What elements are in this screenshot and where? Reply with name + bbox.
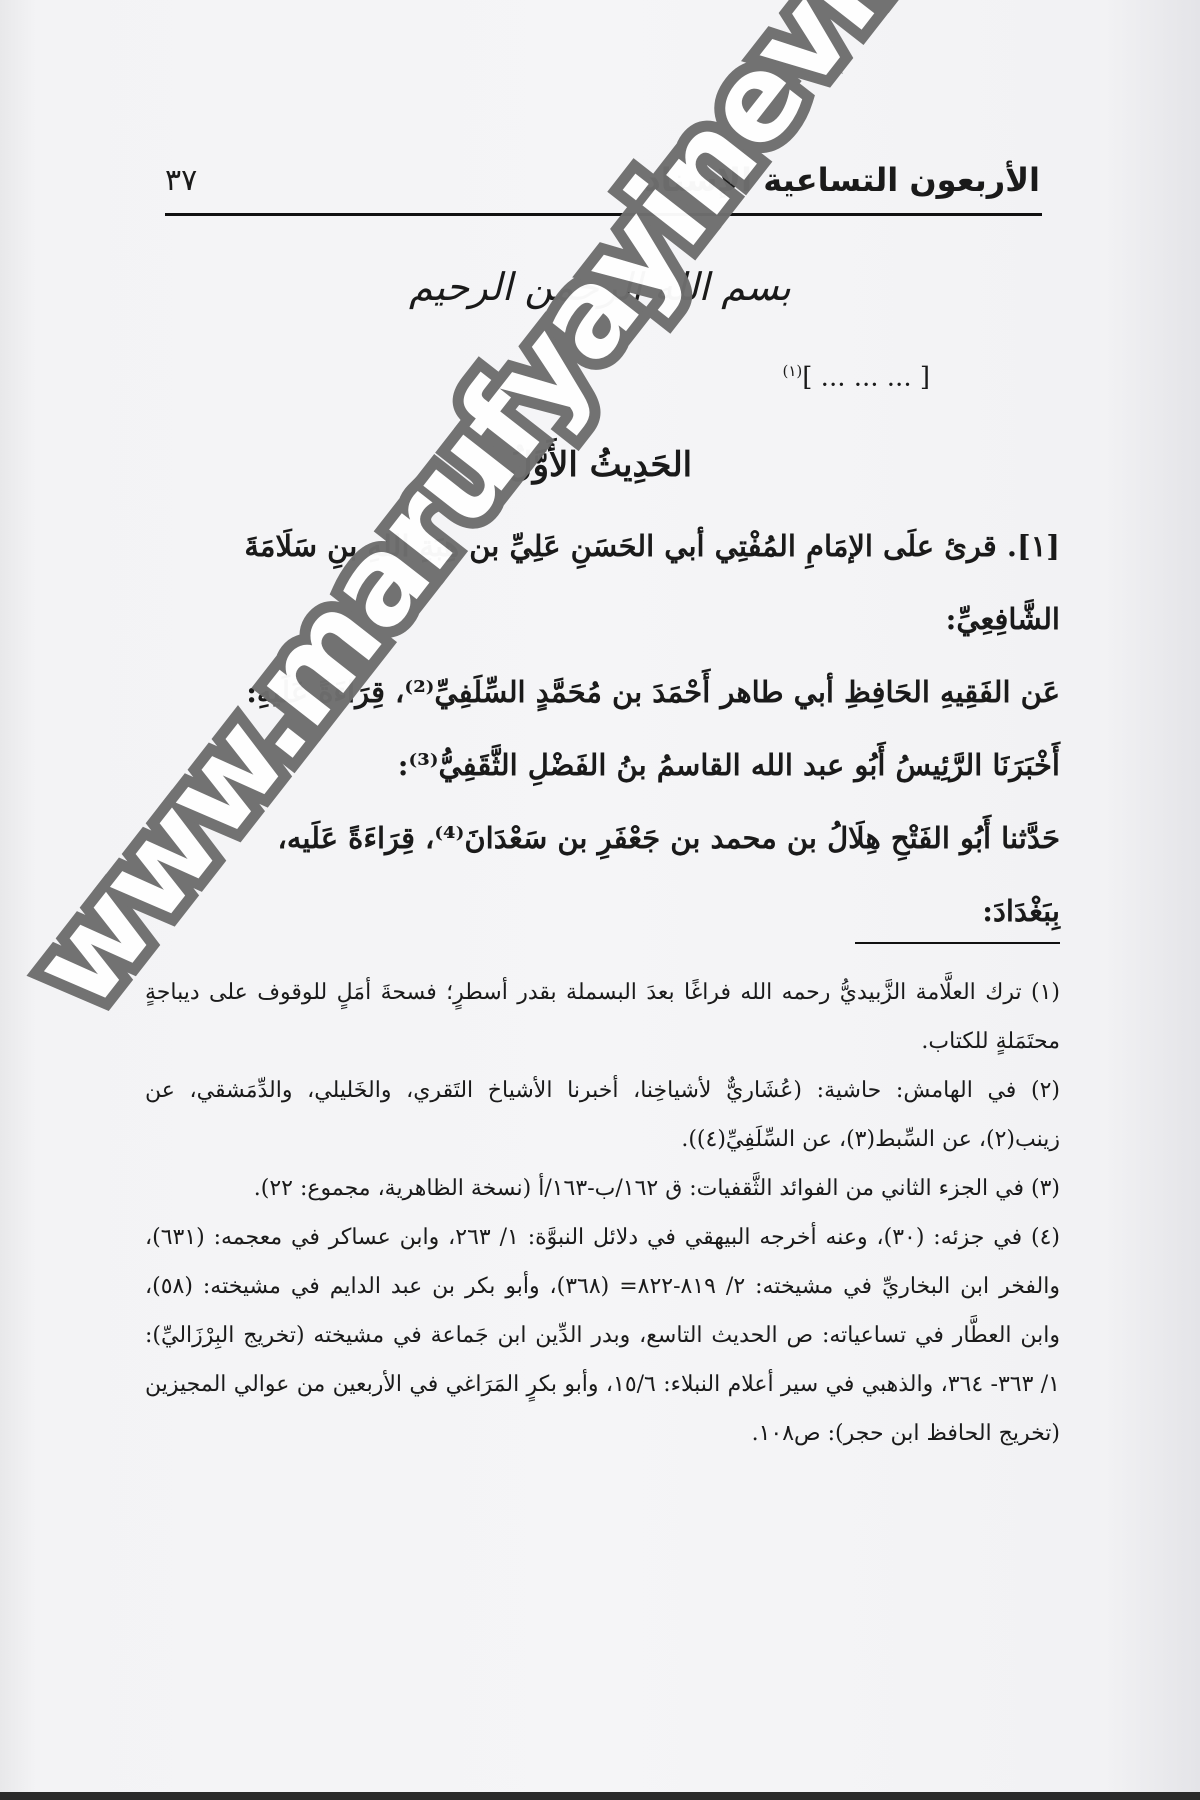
page-number: ٣٧ [165,163,197,198]
footnote-ref: (١) [782,362,802,380]
book-page: الأربعون التساعية الإسناد ٣٧ بسم الله ال… [0,0,1200,1800]
footnotes: (١) ترك العلَّامة الزَّبيديُّ رحمه الله … [145,968,1060,1458]
footnote-4: (٤) في جزئه: (٣٠)، وعنه أخرجه البيهقي في… [145,1213,1060,1458]
hadith-title: الحَدِيثُ الأَوَّلُ [0,445,1200,485]
gap-marker-text: [ ... ... ... ] [802,363,930,393]
footnote-2: (٢) في الهامش: حاشية: (عُشَاريٌّ لأشياخِ… [145,1066,1060,1164]
footnote-3: (٣) في الجزء الثاني من الفوائد الثَّقفيا… [145,1164,1060,1213]
page-bottom-edge [0,1792,1200,1800]
gap-marker: [ ... ... ... ](١) [782,362,930,393]
hadith-line: [١]. قرئ علَى الإمَامِ المُفْتِي أبي الح… [145,510,1060,583]
hadith-line: بِبَغْدَادَ: [145,875,1060,948]
footnote-1: (١) ترك العلَّامة الزَّبيديُّ رحمه الله … [145,968,1060,1066]
footnote-separator [855,942,1060,944]
